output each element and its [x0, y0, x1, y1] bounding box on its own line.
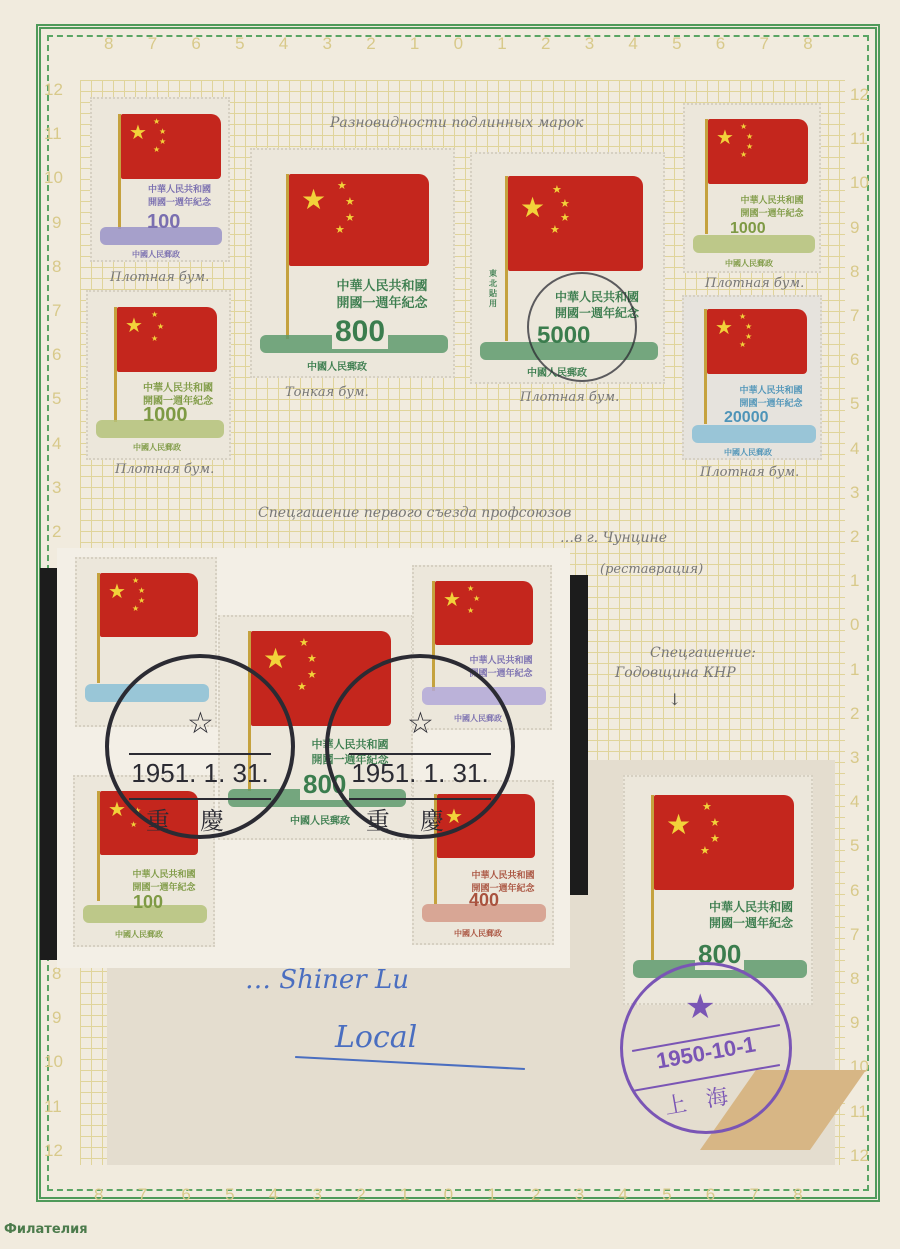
- heading-special-cancel-1: Спецгашение первого съезда профсоюзов: [258, 505, 571, 521]
- ruler-number: 2: [850, 527, 859, 547]
- stamp-value: 400: [469, 890, 499, 911]
- album-page: 87654321012345678 87654321012345678 1211…: [0, 0, 900, 1249]
- ruler-number: 1: [497, 34, 506, 54]
- ruler-number: 4: [850, 792, 859, 812]
- ruler-number: 7: [148, 34, 157, 54]
- ruler-number: 9: [850, 218, 859, 238]
- postmark-city: 重慶: [329, 801, 511, 836]
- stamp-inscription: 中華人民共和國開國一週年紀念: [312, 278, 452, 312]
- ruler-number: 9: [850, 1013, 859, 1033]
- ruler-number: 8: [803, 34, 812, 54]
- ruler-number: 12: [850, 85, 869, 105]
- ruler-number: 4: [279, 34, 288, 54]
- stamp-inscription: 中華人民共和國開國一週年紀念: [115, 869, 213, 895]
- flag: ★★★★★: [707, 309, 807, 374]
- ruler-number: 4: [269, 1185, 278, 1205]
- star-icon: ☆: [407, 706, 434, 741]
- ruler-number: 3: [850, 483, 859, 503]
- star-icon: ☆: [187, 706, 214, 741]
- ruler-number: 6: [850, 350, 859, 370]
- stamp-country: 中國人民郵政: [133, 442, 181, 453]
- stamp-s3: ★★★★★ 中華人民共和國開國一週年紀念 800 中國人民郵政: [250, 148, 455, 378]
- flag: ★★★★★: [121, 114, 221, 179]
- ruler-number: 5: [662, 1185, 671, 1205]
- ruler-number: 12: [44, 1141, 63, 1161]
- heading-varieties: Разновидности подлинных марок: [330, 115, 583, 131]
- ruler-number: 1: [850, 660, 859, 680]
- ruler-number: 5: [672, 34, 681, 54]
- flag: ★★★★★: [654, 795, 794, 890]
- cover-handwriting-local: Local: [335, 1020, 417, 1055]
- ruler-number: 9: [52, 1008, 61, 1028]
- stamp-country: 中國人民郵政: [725, 258, 773, 269]
- ruler-number: 6: [52, 345, 61, 365]
- postmark-city: 重慶: [109, 801, 291, 836]
- ruler-number: 6: [706, 1185, 715, 1205]
- postmark-chongqing-left: 1951. 1. 31. 重慶 ☆: [105, 654, 295, 839]
- ruler-number: 8: [52, 257, 61, 277]
- heading-special-cancel-2: …в г. Чунцине: [560, 530, 667, 546]
- ruler-number: 6: [191, 34, 200, 54]
- stamp-s1: ★★★★★ 中華人民共和國開國一週年紀念 100 中國人民郵政: [90, 97, 230, 262]
- stamp-inscription: 中華人民共和國開國一週年紀念: [690, 899, 812, 931]
- stamp-country: 中國人民郵政: [307, 358, 367, 373]
- stamp-s2: ★★★★ 中華人民共和國開國一週年紀念 1000 中國人民郵政: [86, 290, 231, 460]
- ruler-number: 10: [850, 173, 869, 193]
- stamp-s5: ★★★★★ 中華人民共和國開國一週年紀念 1000 中國人民郵政: [683, 103, 821, 273]
- postmark-date: 1951. 1. 31.: [329, 758, 511, 789]
- ruler-number: 7: [138, 1185, 147, 1205]
- star-icon: ★: [685, 987, 715, 1027]
- postmark-date: 1951. 1. 31.: [109, 758, 291, 789]
- ruler-number: 7: [850, 306, 859, 326]
- label-paper-1: Плотная бум.: [110, 270, 209, 285]
- ruler-number: 2: [52, 522, 61, 542]
- ruler-number: 4: [52, 434, 61, 454]
- ruler-number: 0: [454, 34, 463, 54]
- label-paper-4: Плотная бум.: [520, 390, 619, 405]
- stamp-value: 20000: [724, 409, 769, 427]
- stamp-value: 100: [147, 211, 180, 234]
- cover-handwriting-address: … Shiner Lu: [245, 965, 409, 995]
- ruler-number: 10: [44, 1052, 63, 1072]
- stamp-inscription: 中華人民共和國開國一週年紀念: [723, 195, 821, 221]
- ruler-number: 8: [850, 262, 859, 282]
- ruler-number: 3: [313, 1185, 322, 1205]
- stamp-band: [692, 425, 816, 443]
- ruler-number: 11: [44, 124, 62, 144]
- stamp-s6: ★★★★★ 中華人民共和國開國一週年紀念 20000 中國人民郵政: [682, 295, 822, 460]
- ruler-number: 5: [850, 394, 859, 414]
- ruler-number: 3: [52, 478, 61, 498]
- ruler-number: 8: [94, 1185, 103, 1205]
- stamp-value: 100: [133, 892, 163, 913]
- flag: ★★★★★: [100, 573, 198, 637]
- stamp-country: 中國人民郵政: [132, 249, 180, 260]
- flag: ★★★★★: [289, 174, 429, 266]
- ruler-number: 4: [628, 34, 637, 54]
- label-paper-2: Плотная бум.: [115, 462, 214, 477]
- ruler-number: 1: [410, 34, 419, 54]
- stamp-s4: ★★★★★ 東北貼用 中華人民共和國開國一週年紀念 5000 中國人民郵政: [470, 152, 665, 384]
- ruler-number: 11: [850, 129, 868, 149]
- ruler-number: 0: [444, 1185, 453, 1205]
- ruler-number: 11: [850, 1102, 868, 1122]
- stamp-value: 1000: [143, 404, 188, 427]
- heading-restoration-note: (реставрация): [600, 562, 703, 577]
- stamp-value: 1000: [730, 220, 766, 238]
- postmark-partial: [527, 272, 637, 382]
- footer-label: Филателия: [4, 1222, 88, 1237]
- ruler-number: 5: [850, 836, 859, 856]
- ruler-number: 5: [235, 34, 244, 54]
- ruler-number: 2: [366, 34, 375, 54]
- ruler-number: 7: [850, 925, 859, 945]
- label-paper-5: Плотная бум.: [705, 276, 804, 291]
- mount-edge-right: [570, 575, 588, 895]
- stamp-inscription: 中華人民共和國開國一週年紀念: [722, 385, 820, 411]
- overprint-ne: 東北貼用: [486, 269, 500, 309]
- ruler-number: 5: [225, 1185, 234, 1205]
- ruler-number: 5: [52, 389, 61, 409]
- postmark-shanghai: 1950-10-1 上海 ★: [620, 962, 792, 1134]
- ruler-number: 2: [850, 704, 859, 724]
- postmark-chongqing-right: 1951. 1. 31. 重慶 ☆: [325, 654, 515, 839]
- ruler-number: 8: [793, 1185, 802, 1205]
- flag: ★★★★★: [708, 119, 808, 184]
- ruler-number: 4: [618, 1185, 627, 1205]
- ruler-number: 6: [181, 1185, 190, 1205]
- ruler-number: 10: [44, 168, 63, 188]
- arrow-down-icon: ↓: [668, 690, 681, 709]
- flag: ★★★★: [435, 581, 533, 645]
- ruler-number: 9: [52, 213, 61, 233]
- ruler-number: 6: [716, 34, 725, 54]
- ruler-number: 1: [487, 1185, 496, 1205]
- heading-anniversary-2: Годовщина КНР: [615, 665, 736, 681]
- label-paper-6: Плотная бум.: [700, 465, 799, 480]
- ruler-number: 7: [750, 1185, 759, 1205]
- ruler-number: 3: [585, 34, 594, 54]
- stamp-inscription: 中華人民共和國開國一週年紀念: [132, 184, 227, 210]
- ruler-number: 1: [850, 571, 859, 591]
- mount-edge-left: [40, 568, 57, 960]
- flag: ★★★★★: [508, 176, 643, 271]
- stamp-country: 中國人民郵政: [724, 447, 772, 458]
- stamp-country: 中國人民郵政: [115, 929, 163, 940]
- ruler-number: 2: [541, 34, 550, 54]
- ruler-number: 7: [52, 301, 61, 321]
- ruler-number: 3: [850, 748, 859, 768]
- ruler-number: 8: [850, 969, 859, 989]
- stamp-country: 中國人民郵政: [454, 928, 502, 939]
- ruler-number: 11: [44, 1097, 62, 1117]
- label-paper-3: Тонкая бум.: [285, 385, 369, 400]
- ruler-number: 12: [44, 80, 63, 100]
- ruler-number: 3: [323, 34, 332, 54]
- ruler-number: 3: [575, 1185, 584, 1205]
- ruler-number: 8: [104, 34, 113, 54]
- stamp-value: 800: [332, 315, 388, 349]
- ruler-number: 2: [531, 1185, 540, 1205]
- flag: ★★★★: [117, 307, 217, 372]
- ruler-number: 12: [850, 1146, 869, 1166]
- heading-anniversary-1: Спецгашение:: [650, 645, 756, 661]
- ruler-number: 7: [760, 34, 769, 54]
- ruler-number: 2: [356, 1185, 365, 1205]
- ruler-number: 4: [850, 439, 859, 459]
- ruler-number: 0: [850, 615, 859, 635]
- ruler-number: 1: [400, 1185, 409, 1205]
- ruler-number: 6: [850, 881, 859, 901]
